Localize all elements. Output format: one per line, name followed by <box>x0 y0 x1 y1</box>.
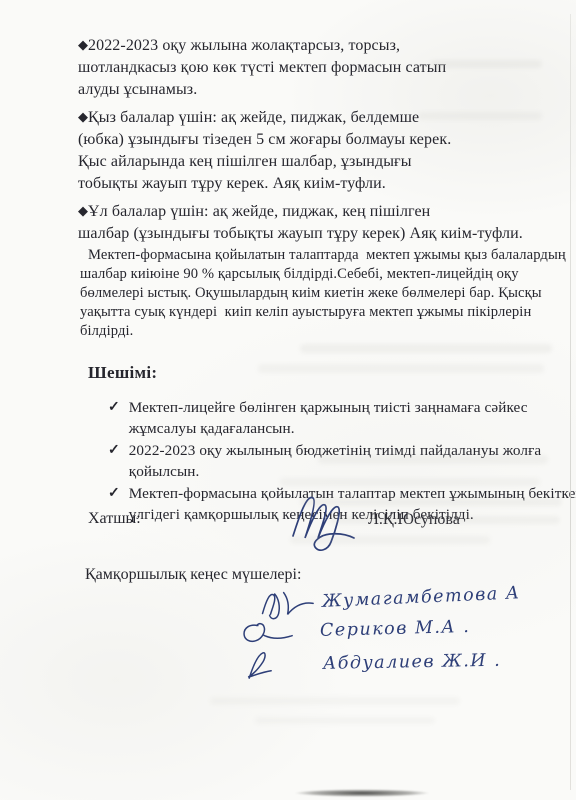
checkmark-icon: ✓ <box>108 440 120 461</box>
diamond-bullet-icon: ◆ <box>78 37 88 52</box>
list-item: ✓ 2022-2023 оқу жылының бюджетінің тиімд… <box>108 440 566 482</box>
secretary-label: Хатшы: <box>88 510 141 528</box>
decision-item-text: Мектеп-лицейге бөлінген қаржының тиісті … <box>129 397 528 439</box>
paper-edge-line <box>570 14 572 790</box>
checkmark-icon: ✓ <box>108 397 120 418</box>
uniform-discussion-paragraph: Мектеп-формасына қойылатын талаптарда ме… <box>80 246 566 341</box>
signature-flourish-icon <box>240 617 297 648</box>
council-members-label: Қамқоршылық кеңес мүшелері: <box>85 566 301 584</box>
decision-item-text: 2022-2023 оқу жылының бюджетінің тиімді … <box>129 440 542 482</box>
bleedthrough-smudge <box>255 717 435 724</box>
member-signature-row: Сериков М.А . <box>240 612 471 648</box>
boys-uniform-paragraph: ◆Ұл балалар үшін: ақ жейде, пиджак, кең … <box>78 200 566 245</box>
secretary-name: Л.Қ.Юсупова <box>368 511 460 529</box>
paragraph-text: Ұл балалар үшін: ақ жейде, пиджак, кең п… <box>78 203 523 242</box>
uniform-recommendation-paragraph: ◆2022-2023 оқу жылына жолақтарсыз, торсы… <box>78 34 566 101</box>
signature-flourish-icon <box>243 647 294 682</box>
secretary-signature-ink <box>290 486 362 557</box>
member-signature-row: Абдуалиев Ж.И . <box>243 644 502 683</box>
member-name: Сериков М.А . <box>320 617 471 641</box>
member-name: Абдуалиев Ж.И . <box>323 651 502 674</box>
decision-heading: Шешімі: <box>88 363 566 383</box>
list-item: ✓ Мектеп-лицейге бөлінген қаржының тиіст… <box>108 397 566 439</box>
paragraph-text: Қыз балалар үшін: ақ жейде, пиджак, белд… <box>78 109 451 192</box>
paper-bottom-shadow <box>272 789 452 798</box>
girls-uniform-paragraph: ◆Қыз балалар үшін: ақ жейде, пиджак, бел… <box>78 106 566 195</box>
scanned-document-page: ◆2022-2023 оқу жылына жолақтарсыз, торсы… <box>0 0 576 800</box>
diamond-bullet-icon: ◆ <box>78 109 88 124</box>
diamond-bullet-icon: ◆ <box>78 203 88 218</box>
member-name: Жумагамбетова А <box>322 583 521 612</box>
document-body: ◆2022-2023 оқу жылына жолақтарсыз, торсы… <box>78 34 566 526</box>
paragraph-text: 2022-2023 оқу жылына жолақтарсыз, торсыз… <box>78 37 446 98</box>
bleedthrough-smudge <box>210 697 460 705</box>
checkmark-icon: ✓ <box>108 483 120 504</box>
